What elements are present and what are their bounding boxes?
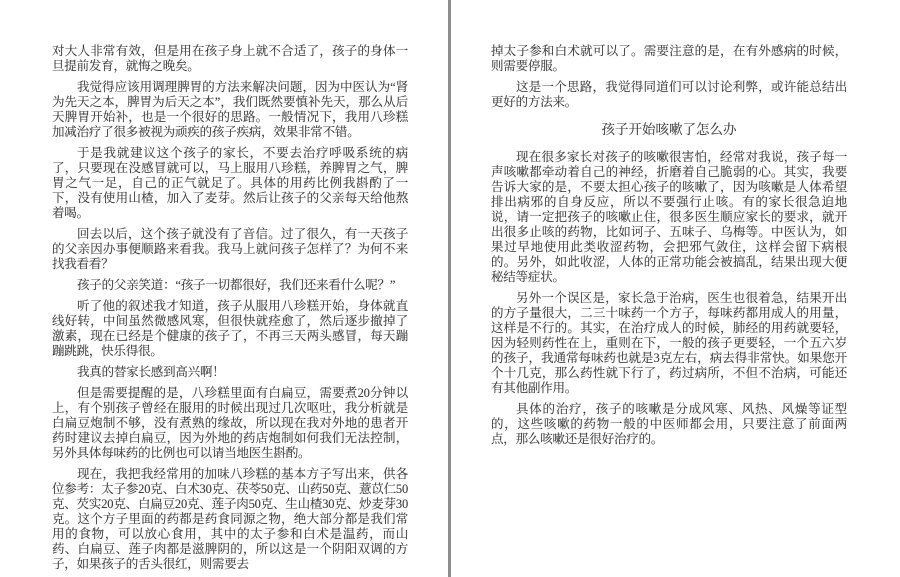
paragraph: 现在很多家长对孩子的咳嗽很害怕，经常对我说，孩子每一声咳嗽都牵动着自己的神经，折… <box>491 150 847 285</box>
paragraph: 具体的治疗，孩子的咳嗽是分成风寒、风热、风燥等证型的，这些咳嗽的药物一般的中医师… <box>491 402 847 447</box>
book-spread: 对大人非常有效，但是用在孩子身上就不合适了，孩子的身体一旦提前发育，就悔之晚矣。… <box>0 0 900 577</box>
section-heading: 孩子开始咳嗽了怎么办 <box>491 122 847 137</box>
paragraph: 听了他的叙述我才知道，孩子从服用八珍糕开始，身体就直线好转，中间虽然微感风寒，但… <box>52 299 408 359</box>
left-page: 对大人非常有效，但是用在孩子身上就不合适了，孩子的身体一旦提前发育，就悔之晚矣。… <box>52 44 408 577</box>
paragraph: 对大人非常有效，但是用在孩子身上就不合适了，孩子的身体一旦提前发育，就悔之晚矣。 <box>52 44 408 74</box>
paragraph: 但是需要提醒的是，八珍糕里面有白扁豆，需要煮20分钟以上，有个别孩子曾经在服用的… <box>52 386 408 461</box>
paragraph: 于是我就建议这个孩子的家长，不要去治疗呼吸系统的病了，只要现在没感冒就可以，马上… <box>52 146 408 221</box>
paragraph: 现在，我把我经常用的加味八珍糕的基本方子写出来，供各位参考：太子参20克、白术3… <box>52 467 408 572</box>
page-divider <box>448 0 451 577</box>
paragraph: 我真的替家长感到高兴啊！ <box>52 365 408 380</box>
paragraph: 我觉得应该用调理脾胃的方法来解决问题，因为中医认为“肾为先天之本，脾胃为后天之本… <box>52 80 408 140</box>
paragraph: 这是一个思路，我觉得同道们可以讨论利弊，或许能总结出更好的方法来。 <box>491 80 847 110</box>
paragraph: 孩子的父亲笑道：“孩子一切都很好，我们还来看什么呢？” <box>52 278 408 293</box>
paragraph: 另外一个误区是，家长急于治病，医生也很着急，结果开出的方子量很大，二三十味药一个… <box>491 291 847 396</box>
paragraph: 回去以后，这个孩子就没有了音信。过了很久，有一天孩子的父亲因办事便顺路来看我。我… <box>52 227 408 272</box>
right-page: 掉太子参和白术就可以了。需要注意的是，在有外感病的时候，则需要停服。 这是一个思… <box>491 44 847 453</box>
paragraph: 掉太子参和白术就可以了。需要注意的是，在有外感病的时候，则需要停服。 <box>491 44 847 74</box>
